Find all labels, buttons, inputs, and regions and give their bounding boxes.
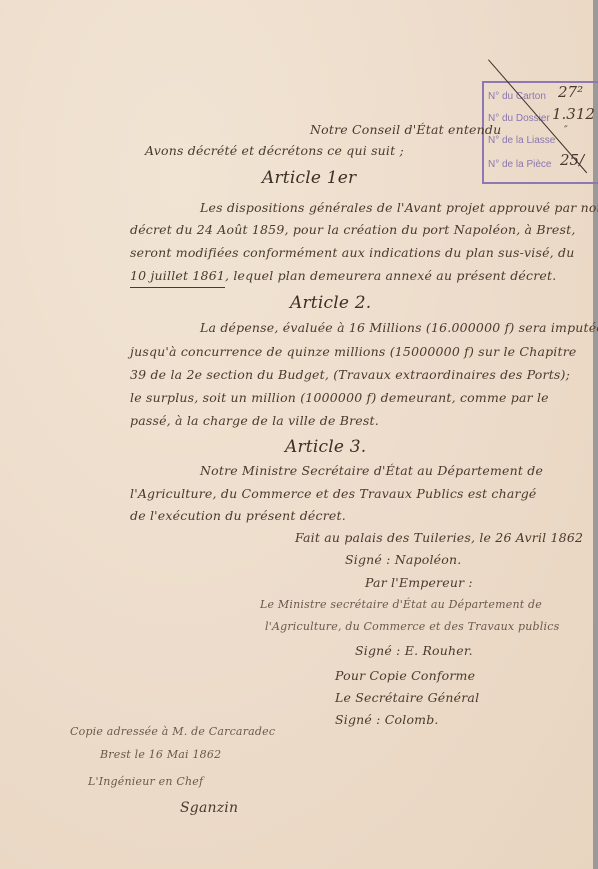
article-2-line: le surplus, soit un million (1000000 f) … — [130, 390, 549, 405]
stamp-dossier-value: 1.312 — [552, 105, 595, 123]
preamble-line: Notre Conseil d'État entendu — [310, 122, 501, 137]
article-2-heading: Article 2. — [290, 293, 371, 313]
closing-signature: Signé : Napoléon. — [345, 552, 461, 567]
article-3-line: Notre Ministre Secrétaire d'État au Dépa… — [200, 463, 543, 478]
article-2-line: 39 de la 2e section du Budget, (Travaux … — [130, 367, 570, 382]
article-2-line: passé, à la charge de la ville de Brest. — [130, 413, 379, 428]
article-1-line: décret du 24 Août 1859, pour la création… — [130, 222, 576, 237]
stamp-piece-label: N° de la Pièce — [488, 159, 551, 170]
article-1-line: seront modifiées conformément aux indica… — [130, 245, 575, 260]
article-1-line: Les dispositions générales de l'Avant pr… — [200, 200, 598, 215]
footer-date: Brest le 16 Mai 1862 — [100, 748, 221, 761]
footer-title: L'Ingénieur en Chef — [88, 775, 203, 788]
copy-signature: Signé : Colomb. — [335, 712, 439, 727]
date-underline — [130, 287, 225, 288]
stamp-liasse-value: ″ — [564, 125, 568, 136]
footer-addressed: Copie adressée à M. de Carcaradec — [70, 725, 275, 738]
article-1-line: 10 juillet 1861, lequel plan demeurera a… — [130, 268, 556, 283]
minister-signature: Signé : E. Rouher. — [355, 643, 473, 658]
article-2-line: jusqu'à concurrence de quinze millions (… — [130, 344, 577, 359]
article-3-line: de l'exécution du présent décret. — [130, 508, 346, 523]
engineer-signature: Sganzin — [180, 800, 238, 816]
minister-line: l'Agriculture, du Commerce et des Travau… — [265, 620, 559, 633]
article-3-heading: Article 3. — [285, 437, 366, 457]
preamble-line: Avons décrété et décrétons ce qui suit ; — [145, 143, 404, 158]
minister-line: Le Ministre secrétaire d'État au Départe… — [260, 598, 542, 611]
article-2-line: La dépense, évaluée à 16 Millions (16.00… — [200, 320, 598, 335]
copy-line: Le Secrétaire Général — [335, 690, 479, 705]
closing-by-emperor: Par l'Empereur : — [365, 575, 473, 590]
article-1-heading: Article 1er — [262, 168, 356, 188]
copy-line: Pour Copie Conforme — [335, 668, 475, 683]
article-3-line: l'Agriculture, du Commerce et des Travau… — [130, 486, 537, 501]
closing-place-date: Fait au palais des Tuileries, le 26 Avri… — [295, 530, 583, 545]
stamp-carton-value: 27² — [558, 83, 583, 101]
